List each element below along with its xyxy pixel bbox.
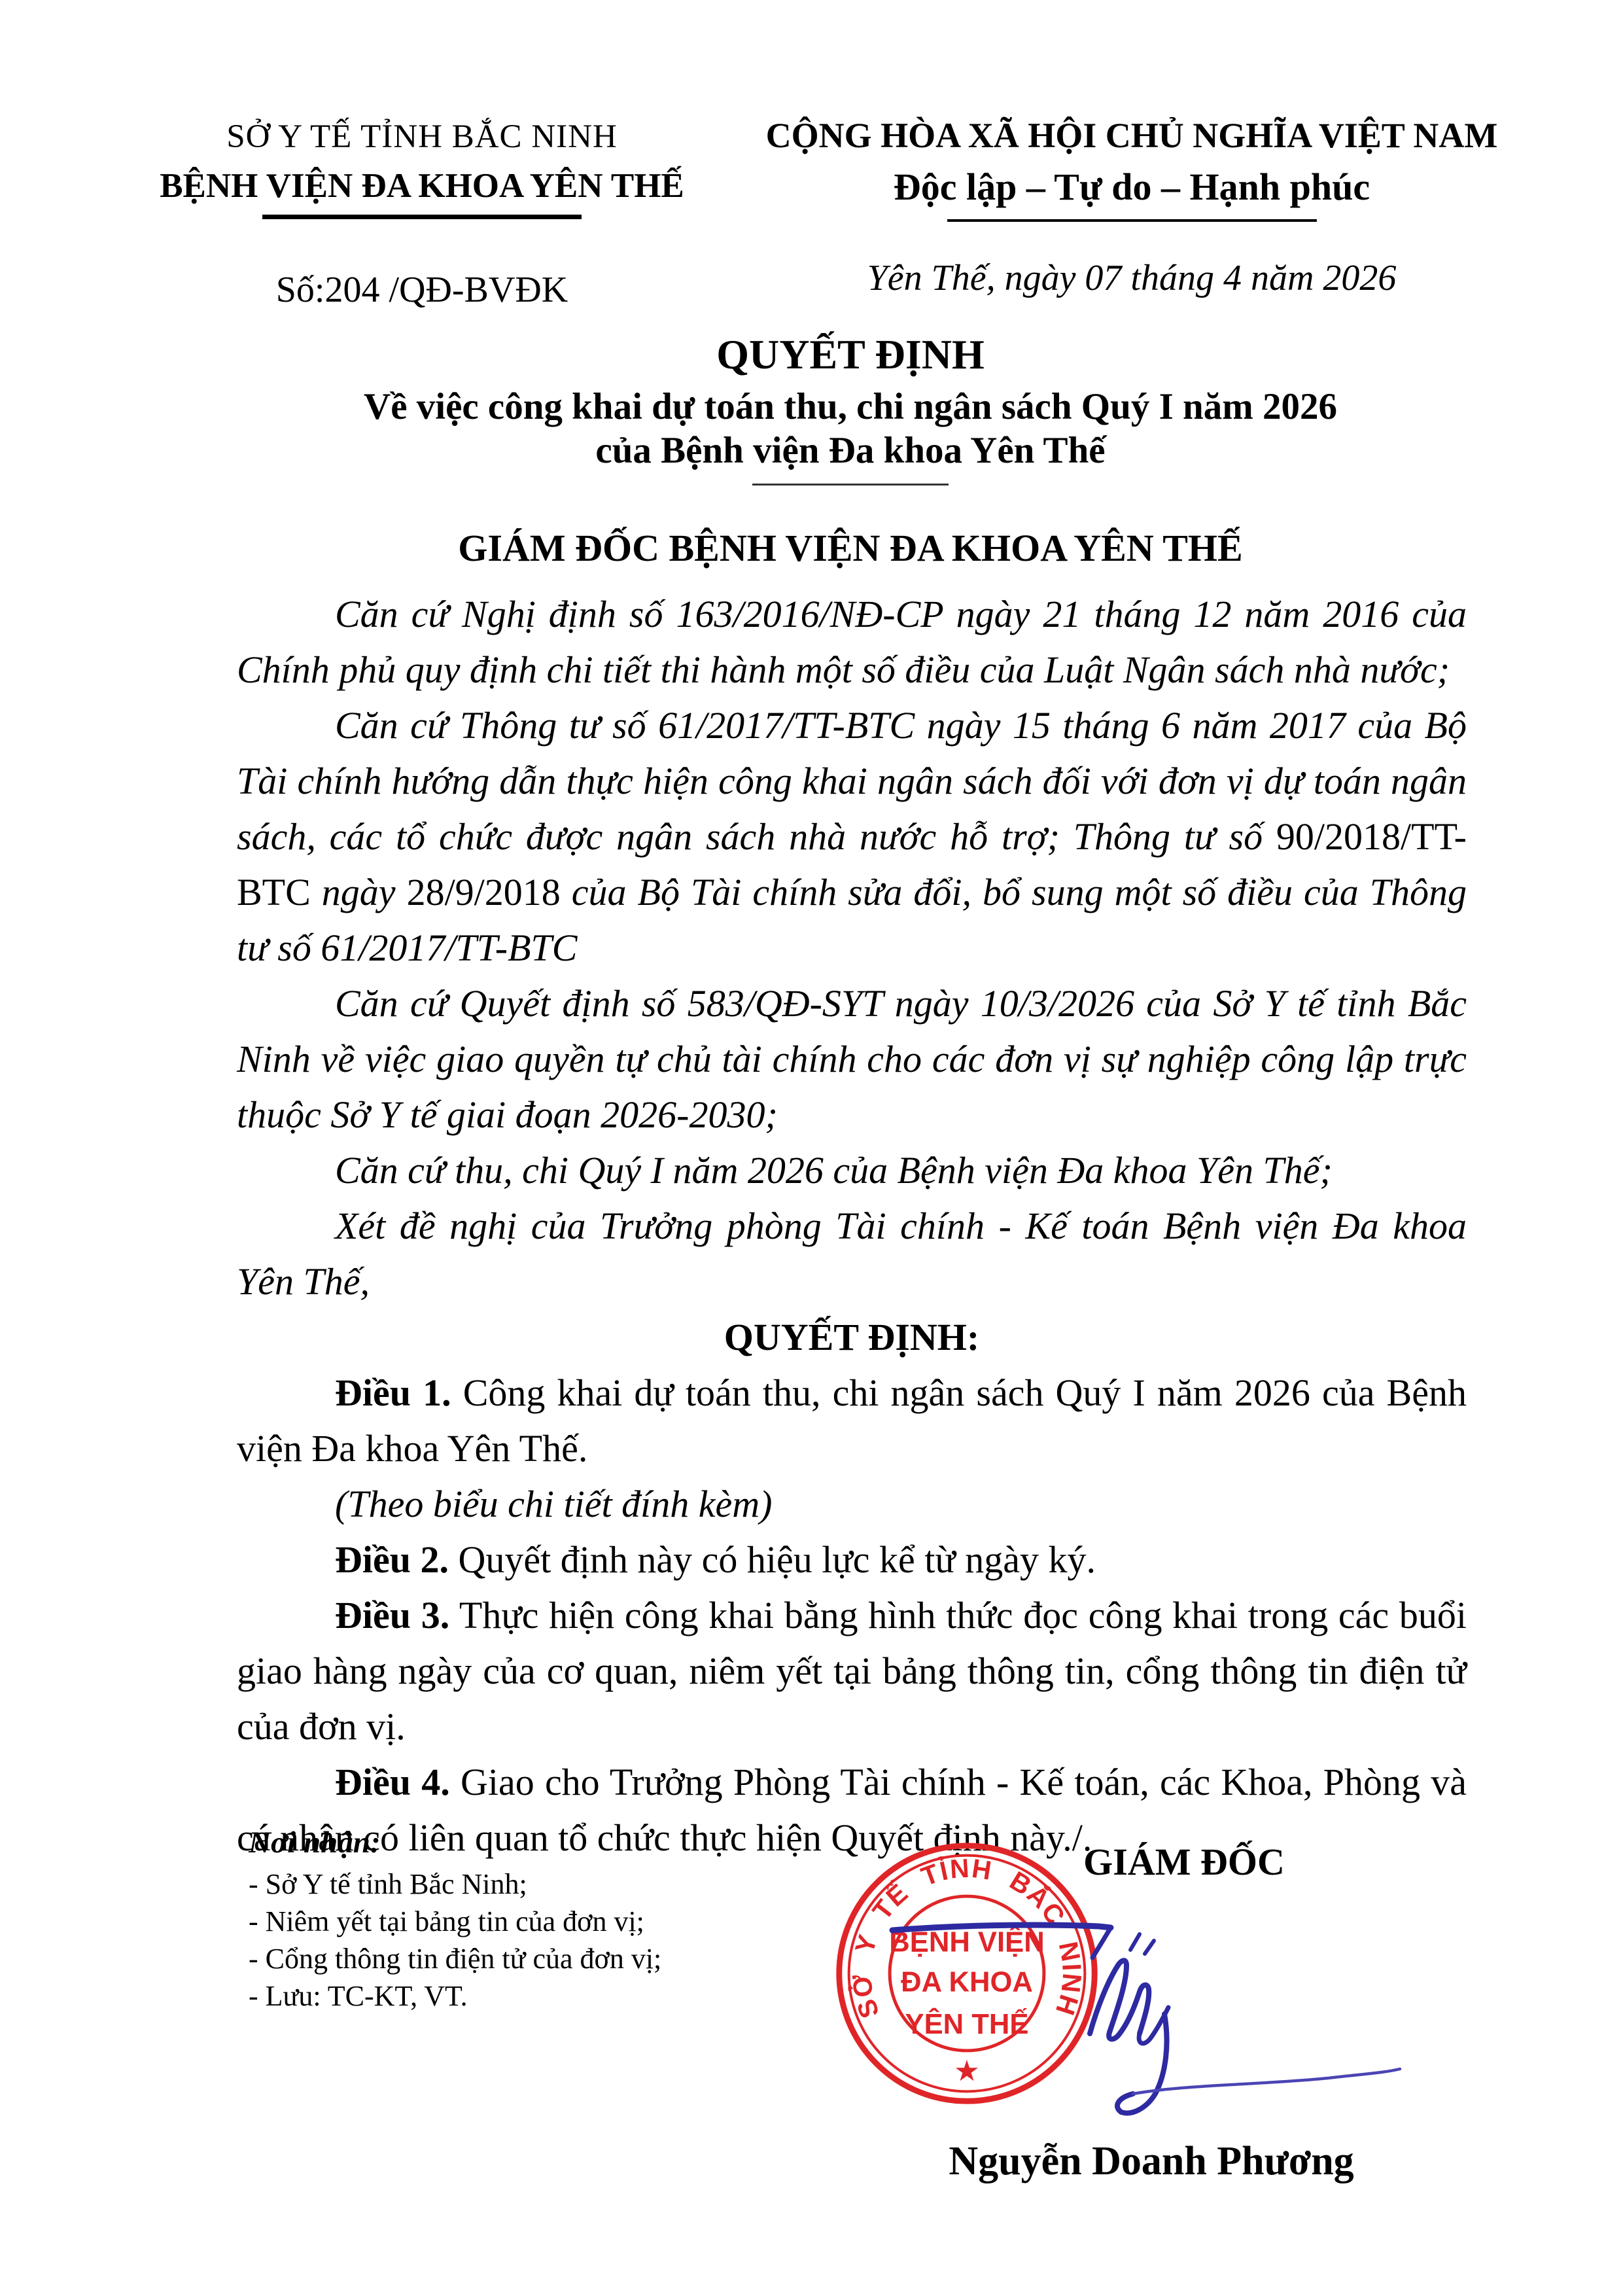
recital-2-date: 28/9/2018 <box>407 871 561 913</box>
recital-5: Xét đề nghị của Trưởng phòng Tài chính -… <box>237 1198 1467 1309</box>
signature-tail-swoosh <box>1133 2069 1400 2094</box>
recital-3: Căn cứ Quyết định số 583/QĐ-SYT ngày 10/… <box>237 976 1467 1142</box>
document-number: Số:204 /QĐ-BVĐK <box>124 269 720 311</box>
national-title: CỘNG HÒA XÃ HỘI CHỦ NGHĨA VIỆT NAM <box>742 115 1521 156</box>
decision-heading: QUYẾT ĐỊNH: <box>237 1309 1467 1365</box>
signature-accent-tick-2 <box>1145 1941 1154 1954</box>
recital-1: Căn cứ Nghị định số 163/2016/NĐ-CP ngày … <box>237 586 1467 698</box>
attachment-note: (Theo biểu chi tiết đính kèm) <box>237 1476 1467 1532</box>
recipients-block: Nơi nhận: - Sở Y tế tỉnh Bắc Ninh; - Niê… <box>249 1824 661 2015</box>
header-issuing-agency: SỞ Y TẾ TỈNH BẮC NINH BỆNH VIỆN ĐA KHOA … <box>124 118 720 311</box>
article-1-label: Điều 1. <box>335 1371 451 1414</box>
recipient-item: - Sở Y tế tỉnh Bắc Ninh; <box>249 1865 661 1903</box>
recital-4: Căn cứ thu, chi Quý I năm 2026 của Bệnh … <box>237 1142 1467 1198</box>
title-divider <box>752 484 949 486</box>
recipients-title: Nơi nhận: <box>249 1824 661 1862</box>
recipient-item: - Cổng thông tin điện tử của đơn vị; <box>249 1940 661 1977</box>
place-and-date: Yên Thế, ngày 07 tháng 4 năm 2026 <box>742 257 1521 299</box>
recital-2: Căn cứ Thông tư số 61/2017/TT-BTC ngày 1… <box>237 698 1467 976</box>
signature-accent-tick-1 <box>1130 1934 1140 1950</box>
header-left-underline <box>262 215 582 219</box>
signature-top-stroke <box>892 1925 1111 1930</box>
recipient-item: - Niêm yết tại bảng tin của đơn vị; <box>249 1903 661 1940</box>
national-motto: Độc lập – Tự do – Hạnh phúc <box>742 165 1521 209</box>
title-block: QUYẾT ĐỊNH Về việc công khai dự toán thu… <box>196 330 1505 570</box>
subject-line-2: của Bệnh viện Đa khoa Yên Thế <box>196 429 1505 472</box>
recital-2-seg3: ngày <box>311 871 407 913</box>
parent-agency-name: SỞ Y TẾ TỈNH BẮC NINH <box>124 118 720 156</box>
signer-name: Nguyễn Doanh Phương <box>870 2138 1433 2185</box>
recipient-item: - Lưu: TC-KT, VT. <box>249 1977 661 2015</box>
issuer-heading: GIÁM ĐỐC BỆNH VIỆN ĐA KHOA YÊN THẾ <box>196 526 1505 570</box>
signature-loop-1 <box>1090 1960 1126 2034</box>
article-1: Điều 1. Công khai dự toán thu, chi ngân … <box>237 1365 1467 1476</box>
article-3: Điều 3. Thực hiện công khai bằng hình th… <box>237 1587 1467 1754</box>
subject-line-1: Về việc công khai dự toán thu, chi ngân … <box>196 385 1505 428</box>
decision-document-page: SỞ Y TẾ TỈNH BẮC NINH BỆNH VIỆN ĐA KHOA … <box>0 0 1623 2296</box>
article-3-label: Điều 3. <box>335 1594 449 1636</box>
document-body: Căn cứ Nghị định số 163/2016/NĐ-CP ngày … <box>237 586 1467 1865</box>
handwritten-signature <box>883 1916 1413 2125</box>
signature-hook-stroke <box>1092 1928 1111 1958</box>
hospital-name: BỆNH VIỆN ĐA KHOA YÊN THẾ <box>124 166 720 205</box>
article-4-label: Điều 4. <box>335 1761 450 1803</box>
article-2-label: Điều 2. <box>335 1538 449 1581</box>
header-right-underline <box>947 219 1317 222</box>
document-type-heading: QUYẾT ĐỊNH <box>196 330 1505 379</box>
article-2-text: Quyết định này có hiệu lực kể từ ngày ký… <box>449 1538 1096 1581</box>
article-2: Điều 2. Quyết định này có hiệu lực kể từ… <box>237 1532 1467 1587</box>
header-national-motto: CỘNG HÒA XÃ HỘI CHỦ NGHĨA VIỆT NAM Độc l… <box>742 115 1521 299</box>
